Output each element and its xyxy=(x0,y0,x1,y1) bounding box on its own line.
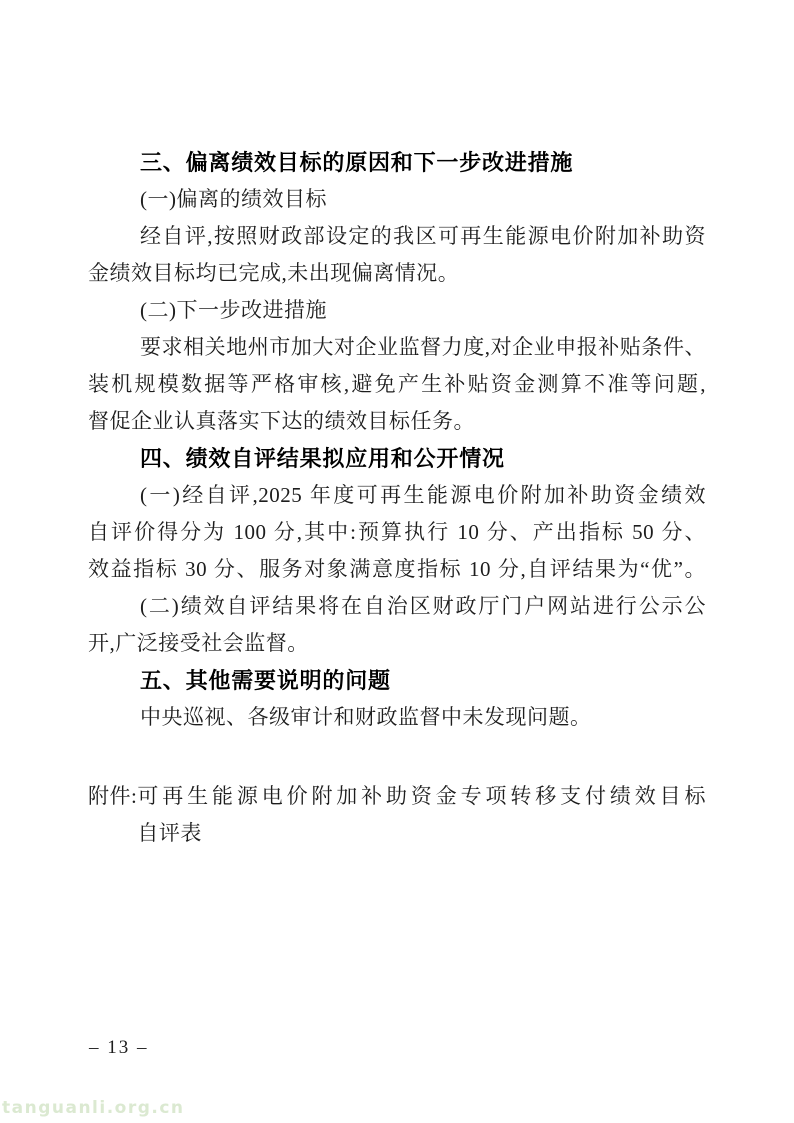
para-publicity-line-1: (二)绩效自评结果将在自治区财政厅门户网站进行公示公 xyxy=(88,588,706,625)
para-other-issues: 中央巡视、各级审计和财政监督中未发现问题。 xyxy=(88,699,706,736)
attachment-note: 附件: 可再生能源电价附加补助资金专项转移支付绩效目标 自评表 xyxy=(88,778,706,852)
para-improvement-line-3: 督促企业认真落实下达的绩效目标任务。 xyxy=(88,403,706,440)
para-self-eval-line-2: 自评价得分为 100 分,其中:预算执行 10 分、产出指标 50 分、 xyxy=(88,514,706,551)
para-improvement-line-1: 要求相关地州市加大对企业监督力度,对企业申报补贴条件、 xyxy=(88,329,706,366)
heading-section-five: 五、其他需要说明的问题 xyxy=(88,662,706,699)
document-body: 三、偏离绩效目标的原因和下一步改进措施 (一)偏离的绩效目标 经自评,按照财政部… xyxy=(88,144,706,852)
para-deviation-line-2: 金绩效目标均已完成,未出现偏离情况。 xyxy=(88,255,706,292)
attachment-label: 附件: xyxy=(88,778,137,852)
para-deviation-line-1: 经自评,按照财政部设定的我区可再生能源电价附加补助资 xyxy=(88,218,706,255)
watermark: tanguanli.org.cn xyxy=(2,1098,185,1118)
subheading-deviated-target: (一)偏离的绩效目标 xyxy=(88,181,706,218)
attachment-title-line-2: 自评表 xyxy=(137,815,706,852)
para-self-eval-line-3: 效益指标 30 分、服务对象满意度指标 10 分,自评结果为“优”。 xyxy=(88,551,706,588)
para-improvement-line-2: 装机规模数据等严格审核,避免产生补贴资金测算不准等问题, xyxy=(88,366,706,403)
subheading-next-steps: (二)下一步改进措施 xyxy=(88,292,706,329)
heading-section-four: 四、绩效自评结果拟应用和公开情况 xyxy=(88,440,706,477)
attachment-title: 可再生能源电价附加补助资金专项转移支付绩效目标 自评表 xyxy=(137,778,706,852)
para-publicity-line-2: 开,广泛接受社会监督。 xyxy=(88,625,706,662)
attachment-title-line-1: 可再生能源电价附加补助资金专项转移支付绩效目标 xyxy=(137,778,706,815)
heading-section-three: 三、偏离绩效目标的原因和下一步改进措施 xyxy=(88,144,706,181)
document-page: 三、偏离绩效目标的原因和下一步改进措施 (一)偏离的绩效目标 经自评,按照财政部… xyxy=(0,0,794,1123)
para-self-eval-line-1: (一)经自评,2025 年度可再生能源电价附加补助资金绩效 xyxy=(88,477,706,514)
page-number: – 13 – xyxy=(89,1037,149,1059)
